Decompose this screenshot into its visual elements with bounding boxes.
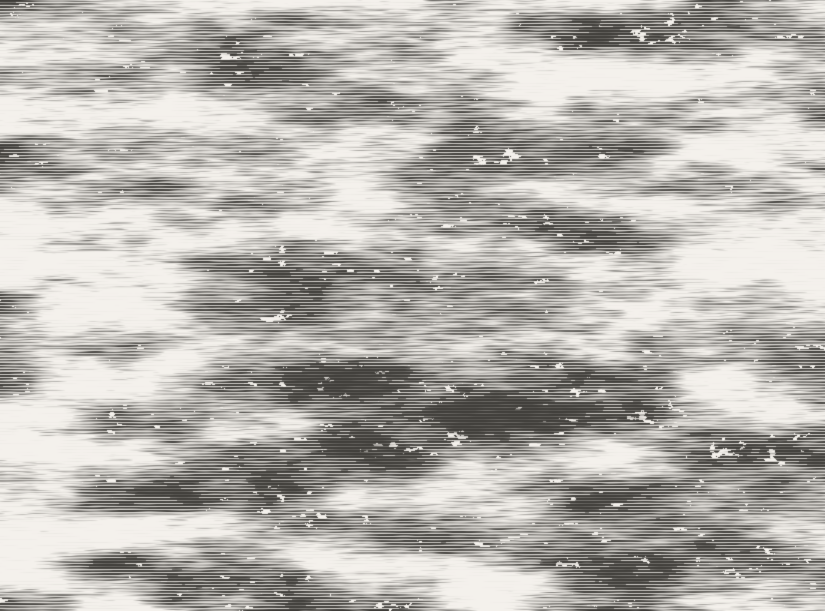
artwork-frame: Abstract monochrome texture rendered wit… bbox=[0, 0, 825, 611]
engraved-texture-image bbox=[0, 0, 825, 611]
